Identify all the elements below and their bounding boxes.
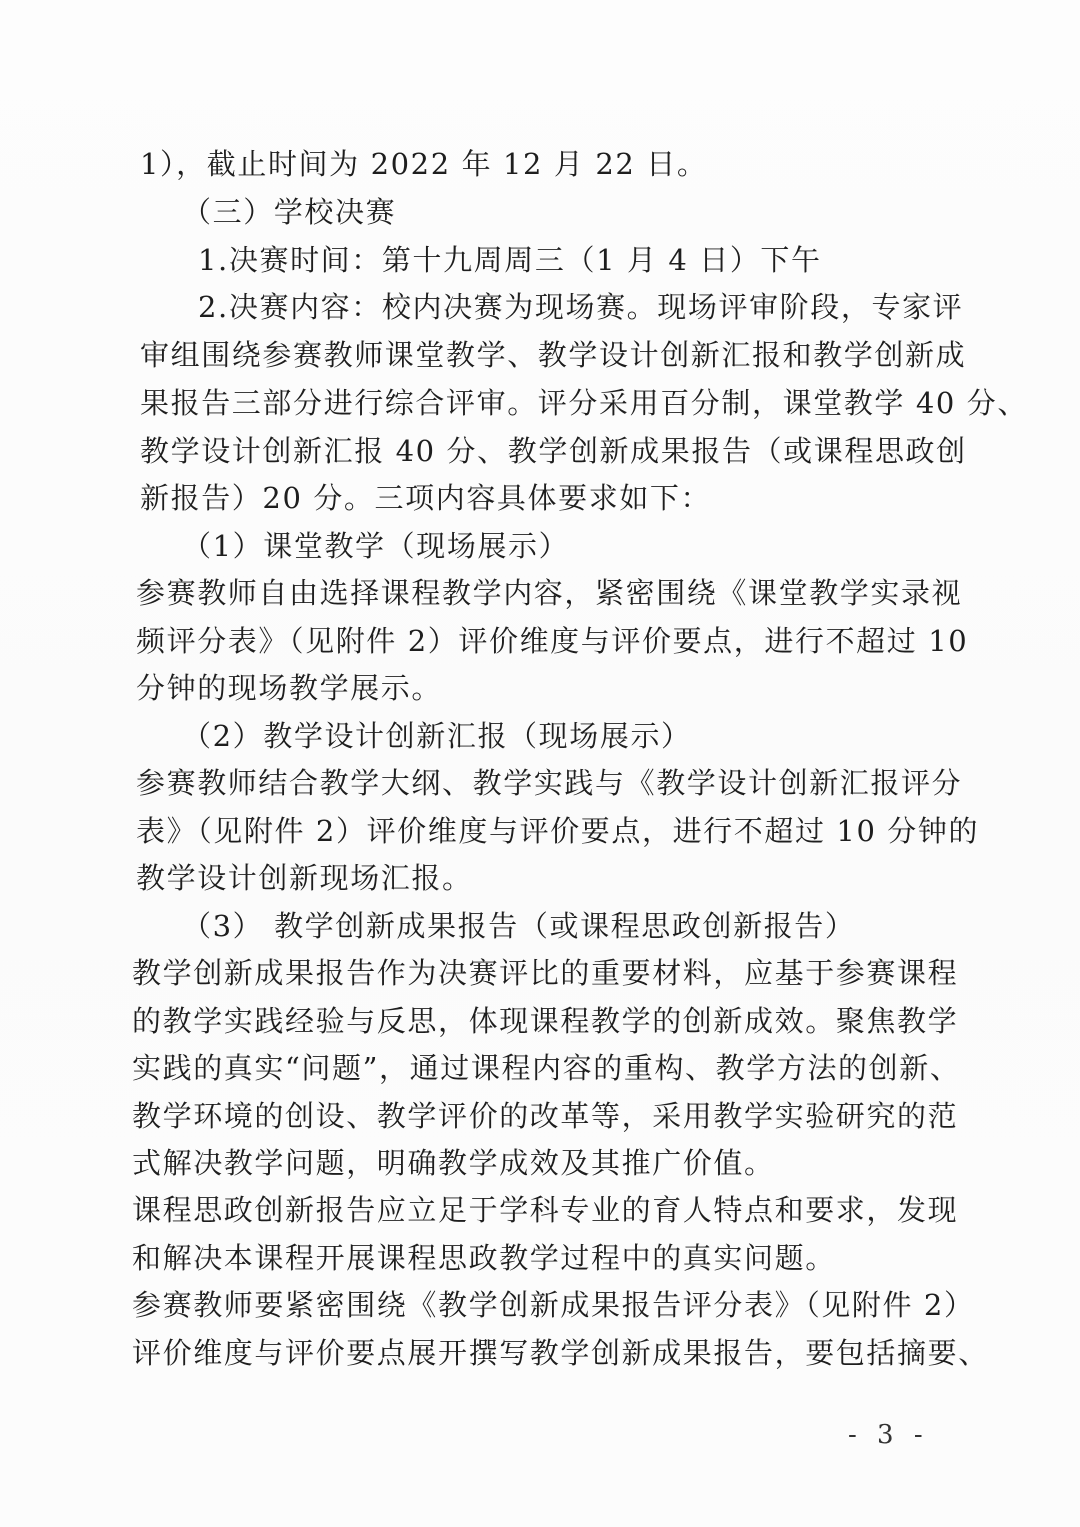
text-line-ideological-report: 课程思政创新报告应立足于学科专业的育人特点和要求，发现 — [132, 1190, 916, 1230]
text-line: 参赛教师结合教学大纲、教学实践与《教学设计创新汇报评分 — [136, 763, 918, 803]
text-line: 式解决教学问题，明确教学成效及其推广价值。 — [132, 1143, 775, 1183]
text-line: 教学创新成果报告作为决赛评比的重要材料，应基于参赛课程 — [132, 953, 918, 993]
text-line: 频评分表》（见附件 2）评价维度与评价要点，进行不超过 10 — [136, 621, 912, 661]
subheading-classroom-teaching: （1）课堂教学（现场展示） — [182, 526, 569, 566]
text-line: 和解决本课程开展课程思政教学过程中的真实问题。 — [132, 1238, 836, 1278]
text-line: 果报告三部分进行综合评审。评分采用百分制，课堂教学 40 分、 — [140, 383, 930, 423]
text-line-deadline: 1），截止时间为 2022 年 12 月 22 日。 — [140, 144, 707, 184]
document-page: 1），截止时间为 2022 年 12 月 22 日。 （三）学校决赛 1.决赛时… — [0, 0, 1080, 1527]
subheading-design-innovation-report: （2）教学设计创新汇报（现场展示） — [182, 716, 692, 756]
text-line: 参赛教师要紧密围绕《教学创新成果报告评分表》（见附件 2） — [132, 1285, 914, 1325]
subheading-innovation-achievement-report: （3） 教学创新成果报告（或课程思政创新报告） — [182, 906, 855, 946]
text-line: 表》（见附件 2）评价维度与评价要点，进行不超过 10 分钟的 — [136, 811, 914, 851]
text-line: 教学设计创新汇报 40 分、教学创新成果报告（或课程思政创 — [140, 431, 918, 471]
text-line: 评价维度与评价要点展开撰写教学创新成果报告，要包括摘要、 — [132, 1333, 926, 1373]
text-line: 的教学实践经验与反思，体现课程教学的创新成效。聚焦教学 — [132, 1001, 918, 1041]
text-line: 实践的真实“问题”，通过课程内容的重构、教学方法的创新、 — [132, 1048, 924, 1088]
text-line: 教学设计创新现场汇报。 — [136, 858, 473, 898]
text-line: 分钟的现场教学展示。 — [136, 668, 442, 708]
text-line-final-content: 2.决赛内容：校内决赛为现场赛。现场评审阶段，专家评 — [198, 287, 916, 327]
text-line-final-time: 1.决赛时间：第十九周周三（1 月 4 日）下午 — [198, 240, 822, 280]
section-heading-school-final: （三）学校决赛 — [182, 192, 396, 232]
text-line: 参赛教师自由选择课程教学内容，紧密围绕《课堂教学实录视 — [136, 573, 918, 613]
page-number: - 3 - — [848, 1420, 929, 1450]
text-line: 新报告）20 分。三项内容具体要求如下： — [140, 478, 711, 518]
text-line: 审组围绕参赛教师课堂教学、教学设计创新汇报和教学创新成 — [140, 335, 918, 375]
text-line: 教学环境的创设、教学评价的改革等，采用教学实验研究的范 — [132, 1096, 916, 1136]
